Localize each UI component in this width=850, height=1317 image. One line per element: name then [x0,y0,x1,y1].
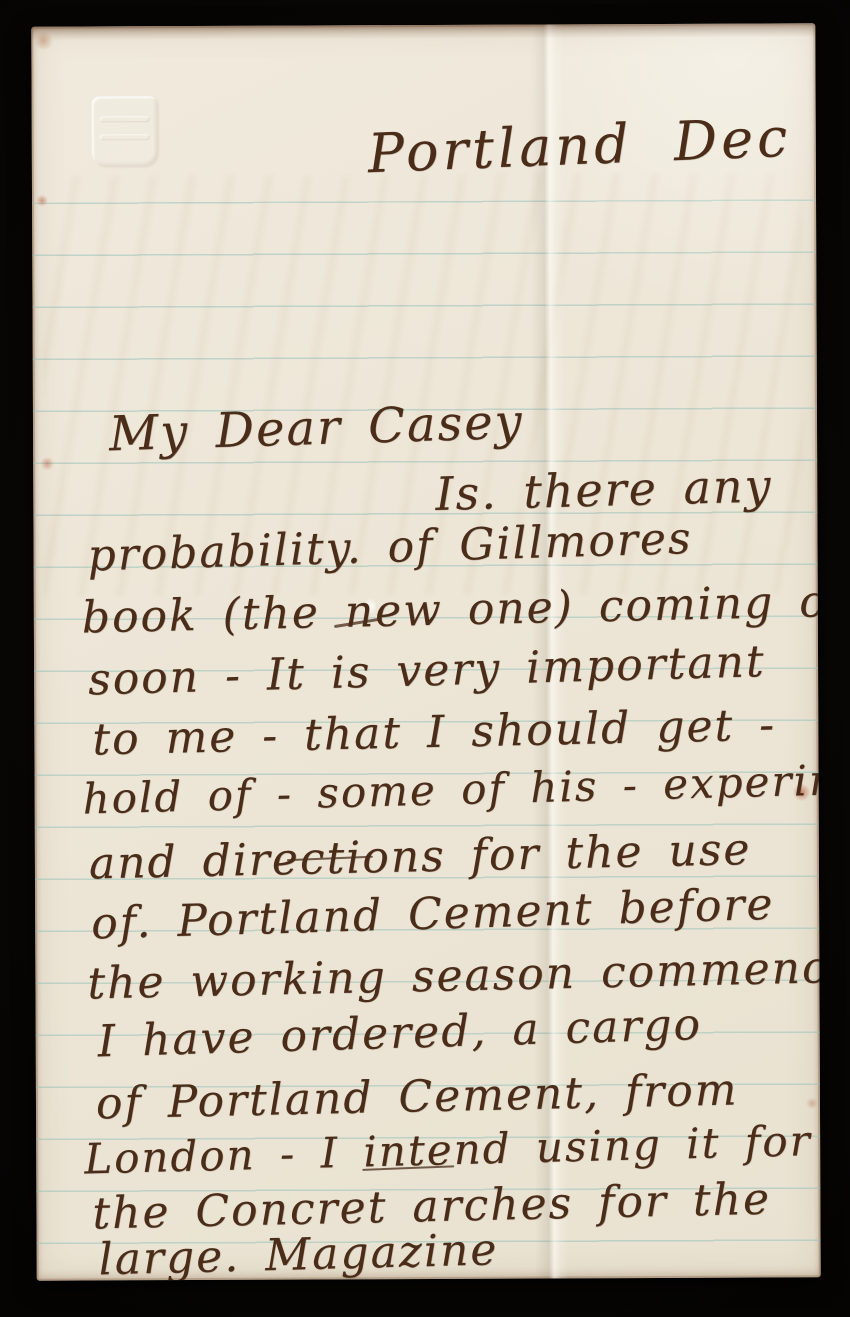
handwriting-line: large. Magazine [98,1228,499,1280]
embossed-stationery-stamp [92,96,158,166]
handwriting-line: soon - It is very important [88,640,767,702]
handwriting-line: I have ordered, a cargo [97,1003,703,1064]
handwriting-line: hold of - some of his - experiments [82,757,821,821]
letter-dateline: Portland Dec 10th [367,103,821,181]
foxing-spot [33,31,53,51]
letter-paper: Portland Dec 10th My Dear Casey Is. ther… [31,23,820,1280]
foxing-spot [806,1097,818,1109]
handwriting-line: and directions for the use [88,828,751,886]
photo-background: Portland Dec 10th My Dear Casey Is. ther… [0,0,850,1317]
handwriting-line: of. Portland Cement before [91,883,776,947]
fold-shadow-top [31,23,815,40]
handwriting-line: the working season commences [87,945,821,1006]
handwriting-line: probability. of Gillmores [87,517,693,578]
handwriting-line: of Portland Cement, from [95,1068,738,1126]
handwriting-line: Is. there any [435,462,773,517]
handwriting-line: London - I intend using it for [84,1120,813,1180]
handwriting-line: to me - that I should get - [92,704,777,763]
foxing-spot [36,195,48,207]
handwriting-line: book (the new one) coming out [81,579,820,640]
foxing-spot [40,457,54,471]
letter-salutation: My Dear Casey [108,398,524,459]
paper-sheen [531,23,816,344]
